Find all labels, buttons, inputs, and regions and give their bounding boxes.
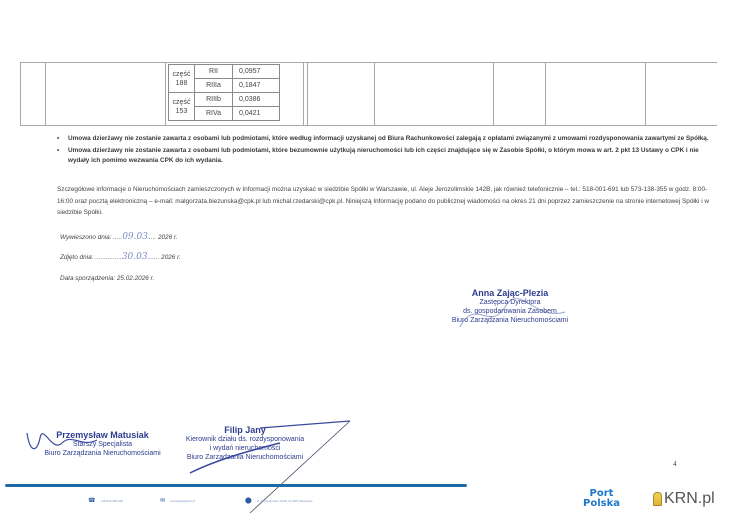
table-cell-lp <box>21 63 46 125</box>
phone-icon: ☎ <box>88 497 95 504</box>
footer-address: ⬤ ul. Jerozolimskie 142B, 02-305 Warszaw… <box>245 497 312 504</box>
soil-class: RIVa <box>195 107 233 121</box>
condition-item: • Umowa dzierżawy nie zostanie zawarta z… <box>56 134 716 145</box>
class-area: 0,1847 <box>233 79 280 93</box>
soil-class: RIIIa <box>195 79 233 93</box>
posted-date-value: 09.03. <box>122 232 151 242</box>
page-number: 4 <box>673 460 677 468</box>
prepared-date: Data sporządzenia: 25.02.2026 r. <box>60 275 154 282</box>
class-area: 0,0957 <box>233 65 280 79</box>
signature-stamp-manager: Filip Jany Kierownik działu ds. rozdyspo… <box>170 426 320 462</box>
parcel-part: część 153 <box>169 93 195 121</box>
port-polska-logo: Port Polska <box>583 489 620 509</box>
conditions-list: • Umowa dzierżawy nie zostanie zawarta z… <box>56 134 716 168</box>
bullet-icon: • <box>57 146 59 157</box>
table-cell-rent <box>493 63 546 125</box>
removed-date-value: 30.03. <box>122 252 151 262</box>
posted-date: Wywieszono dnia: .....09.03.... 2026 r. <box>60 232 178 242</box>
condition-item: • Umowa dzierżawy nie zostanie zawarta z… <box>56 146 716 167</box>
signature-stamp-specialist: Przemysław Matusiak Starszy Specjalista … <box>25 431 180 458</box>
footer-phone: ☎ +48 519 088 000 <box>88 497 123 504</box>
table-cell-remarks <box>545 63 646 125</box>
signature-stamp-deputy-director: Anna Zając-Plezia Zastępca Dyrektora ds.… <box>430 289 590 325</box>
class-area: 0,0386 <box>233 93 280 107</box>
property-table-row <box>20 62 717 126</box>
soil-class: RII <box>195 65 233 79</box>
krn-logo-icon <box>653 492 662 506</box>
info-paragraph: Szczegółowe informacje o Nieruchomościac… <box>57 184 717 219</box>
parcel-part: część 188 <box>169 65 195 93</box>
location-pin-icon: ⬤ <box>245 497 252 504</box>
footer-divider <box>5 484 467 487</box>
krn-watermark: KRN.pl <box>653 490 715 508</box>
mail-icon: ✉ <box>160 497 165 504</box>
bullet-icon: • <box>57 134 59 145</box>
parcel-classes-table: część 188 RII 0,0957 RIIIa 0,1847 część … <box>168 64 280 121</box>
class-area: 0,0421 <box>233 107 280 121</box>
removed-date: Zdjęto dnia: ...............30.03...... … <box>60 252 181 262</box>
table-cell-location <box>45 63 166 125</box>
footer-email: ✉ sekretariat@cpk.pl <box>160 497 195 504</box>
table-cell-description <box>374 63 494 125</box>
soil-class: RIIIb <box>195 93 233 107</box>
table-cell-area <box>307 63 375 125</box>
